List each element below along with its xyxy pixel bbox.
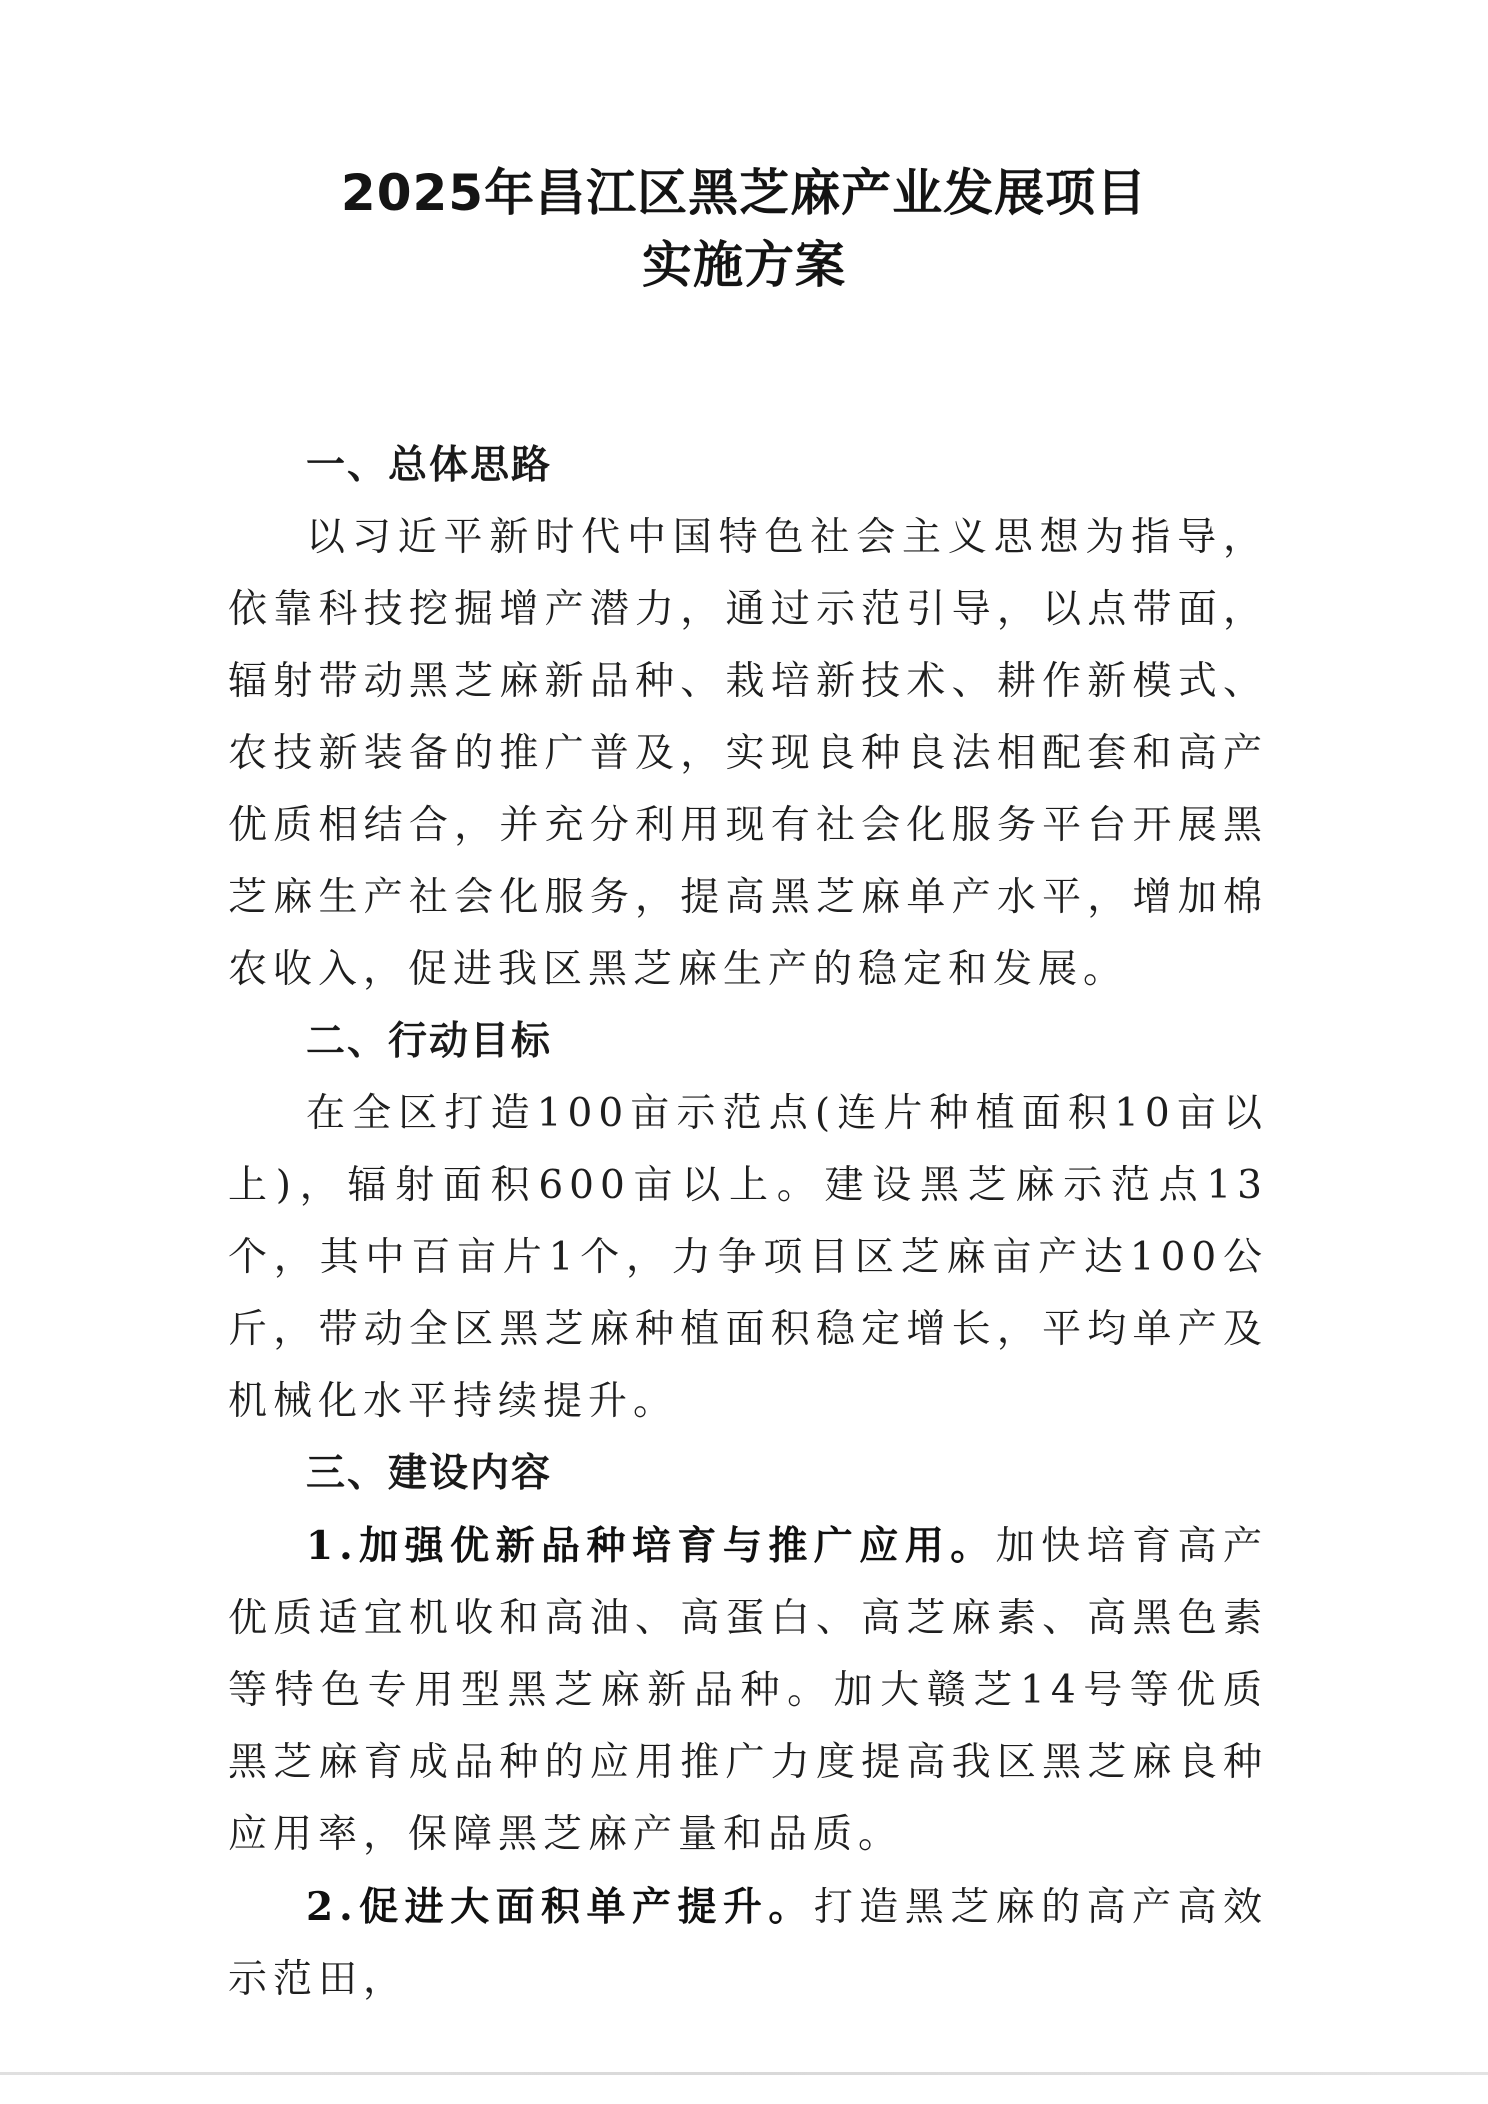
paragraph: 以习近平新时代中国特色社会主义思想为指导，依靠科技挖掘增产潜力，通过示范引导，以… — [228, 502, 1268, 1006]
item-lead: 2.促进大面积单产提升。 — [306, 1884, 814, 1930]
section-action-goals: 二、行动目标 在全区打造100亩示范点(连片种植面积10亩以上)，辐射面积600… — [228, 1006, 1268, 1438]
item-text: 加快培育高产优质适宜机收和高油、高蛋白、高芝麻素、高黑色素等特色专用型黑芝麻新品… — [228, 1524, 1268, 1857]
document-title-line2: 实施方案 — [0, 234, 1488, 296]
scan-edge-line — [0, 2072, 1488, 2075]
section-heading: 一、总体思路 — [228, 430, 1268, 502]
document-title-line1: 2025年昌江区黑芝麻产业发展项目 — [0, 162, 1488, 224]
section-construction-content: 三、建设内容 1.加强优新品种培育与推广应用。加快培育高产优质适宜机收和高油、高… — [228, 1438, 1268, 2016]
section-heading: 二、行动目标 — [228, 1006, 1268, 1078]
section-heading: 三、建设内容 — [228, 1438, 1268, 1510]
item-lead: 1.加强优新品种培育与推广应用。 — [306, 1523, 996, 1569]
paragraph: 在全区打造100亩示范点(连片种植面积10亩以上)，辐射面积600亩以上。建设黑… — [228, 1078, 1268, 1438]
list-item: 2.促进大面积单产提升。打造黑芝麻的高产高效示范田， — [228, 1871, 1268, 2016]
document-page: 2025年昌江区黑芝麻产业发展项目 实施方案 一、总体思路 以习近平新时代中国特… — [0, 0, 1488, 2104]
section-overall-approach: 一、总体思路 以习近平新时代中国特色社会主义思想为指导，依靠科技挖掘增产潜力，通… — [228, 430, 1268, 1006]
list-item: 1.加强优新品种培育与推广应用。加快培育高产优质适宜机收和高油、高蛋白、高芝麻素… — [228, 1510, 1268, 1871]
document-body: 一、总体思路 以习近平新时代中国特色社会主义思想为指导，依靠科技挖掘增产潜力，通… — [228, 430, 1268, 2016]
